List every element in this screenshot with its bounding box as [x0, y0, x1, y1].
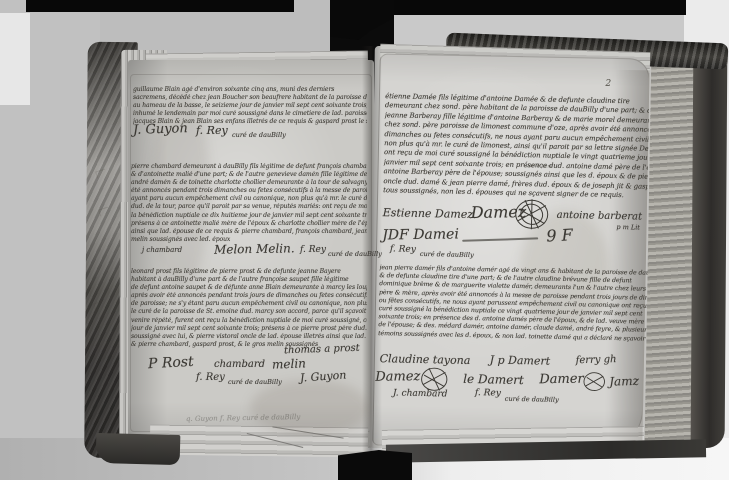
handwritten-line: présens à ce antoinette malié mère de l'… — [131, 220, 367, 228]
signature-priest-title: curé de dauBilly — [420, 250, 474, 259]
signature-priest: f. Rey — [196, 124, 228, 137]
signature-priest-title: curé de dauBilly — [228, 378, 282, 386]
signature-witness: Melon Melin. — [214, 241, 295, 256]
handwritten-line: leonard prost fils légitime de pierre pr… — [131, 268, 367, 276]
signature-ferry: ferry gh — [576, 354, 617, 366]
handwritten-line: ayant paru aucun empêchement civil ou ca… — [131, 195, 367, 203]
book-cover-right — [691, 44, 728, 448]
signature-flourish-initials: 9 F — [546, 225, 573, 245]
signature-witness: J. Guyon — [133, 121, 188, 138]
handwritten-line: andré damén & de toinette charlotte chol… — [131, 179, 367, 187]
signature-chambard: J. chambard — [393, 388, 448, 399]
cradle-arm-top — [330, 0, 394, 40]
signature-jamz: Jamz — [609, 374, 639, 389]
handwritten-line: après avoir été annoncés pendant trois j… — [131, 292, 367, 300]
handwritten-line: guillaume Blain agé d'environ soixante c… — [133, 86, 367, 94]
handwritten-line: inhumé le lendemain par moi curé soussig… — [133, 110, 367, 118]
handwritten-line: de paroisse; ne s'y étant paru aucun emp… — [131, 300, 367, 308]
burial-record-guillaume-blain: guillaume Blain agé d'environ soixante c… — [133, 86, 367, 126]
signature-le-damert: le Damert — [463, 372, 524, 387]
right-page-content: 2 étienne Damée fils légitime d'antoine … — [370, 56, 658, 454]
page-number: 2 — [605, 79, 611, 89]
cradle-arm-bottom — [338, 450, 412, 480]
handwritten-line: été annoncés pendant trois dimanches ou … — [131, 187, 367, 195]
handwritten-line: jour de janvier mil sept cent soixante t… — [131, 325, 367, 333]
background-wall-highlight — [0, 13, 30, 105]
handwritten-line: & d'antoinette malié d'une part; & de l'… — [131, 171, 367, 179]
signature-priest: f. Rey — [390, 244, 416, 255]
handwritten-line: venire répété, furent ont reçu la bénédi… — [131, 317, 367, 325]
signature-damez: Damez — [375, 369, 420, 385]
signature-priest: f. Rey — [300, 245, 326, 255]
archival-photo-open-register: guillaume Blain agé d'environ soixante c… — [0, 0, 729, 480]
handwritten-line: la bénédiction nuptiale ce dix huitieme … — [131, 212, 367, 220]
signature-priest-title: curé de dauBilly — [505, 395, 559, 404]
backdrop-bar-right — [394, 0, 686, 15]
signature-mark: p m Lit — [616, 223, 640, 231]
handwritten-line: dud. de la tour, parce qu'il paroit par … — [131, 203, 367, 211]
paper-stain — [250, 380, 370, 435]
marriage-record-chambard-damen: pierre chambard demeurant à dauBilly fil… — [131, 163, 367, 244]
signature-damer: Damer — [539, 372, 584, 388]
book-cover-corner-bottom-left — [96, 433, 181, 465]
signature-flourish — [462, 237, 538, 241]
marriage-record-damee-barberay: étienne Damée fils légitime d'antoine Da… — [383, 92, 649, 201]
signature-jdf-damei: JDF Damei — [382, 226, 459, 243]
marriage-record-damer-brevune: jean pierre damér fils d'antoine damér a… — [378, 264, 647, 343]
marriage-record-prost-saupet: leonard prost fils légitime de pierre pr… — [131, 268, 367, 349]
signature-etienne-damez: Estienne Damez. — [383, 206, 477, 221]
signature-groom: j chambard — [142, 246, 182, 254]
handwritten-line: au hameau de la basse, le seizieme jour … — [133, 102, 367, 110]
signature-melin: melin — [272, 356, 306, 371]
signature-chambard: chambard — [214, 359, 265, 370]
handwritten-line: soussigné avec lui, & pierre vistoral on… — [131, 333, 367, 341]
handwritten-line: le curé de la paroisse de St. emoine dud… — [131, 308, 367, 316]
handwritten-line: habitant à dauBilly d'une part & de l'au… — [131, 276, 367, 284]
handwritten-line: pierre chambard demeurant à dauBilly fil… — [131, 163, 367, 171]
handwritten-line: de defunt antoine saupet & de défunte an… — [131, 284, 367, 292]
signature-priest: f. Rey — [475, 388, 501, 399]
signature-paraph-knot — [581, 368, 608, 395]
signature-priest: f. Rey — [196, 372, 225, 383]
signature-jp-damert: J p Damert — [490, 353, 551, 367]
signature-antoine-barberat: antoine barberat — [557, 210, 643, 223]
handwritten-line: sacremens, décédé chez jean Boucher son … — [133, 94, 367, 102]
handwritten-line: ainsi que lad. épouse de ce requis & pie… — [131, 228, 367, 236]
signature-priest-title: curé de dauBilly — [232, 131, 286, 139]
signature-prost: P Rost — [148, 354, 194, 372]
backdrop-bar-left — [26, 0, 294, 12]
